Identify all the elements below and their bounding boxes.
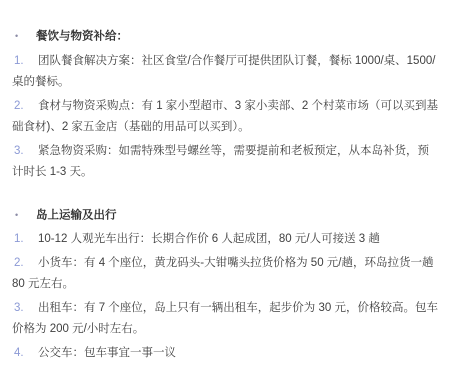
item-number: 2.	[12, 253, 38, 274]
section-heading-text: 餐饮与物资补给：	[36, 31, 128, 43]
item-number: 3.	[12, 298, 38, 319]
item-text: 小货车：有 4 个座位，黄龙码头-大钳嘴头拉货价格为 50 元/趟，环岛拉货一趟…	[12, 257, 434, 290]
section-heading: •餐饮与物资补给：	[12, 26, 440, 48]
bullet-icon: •	[12, 205, 36, 226]
list-item: 2.小货车：有 4 个座位，黄龙码头-大钳嘴头拉货价格为 50 元/趟，环岛拉货…	[12, 253, 440, 295]
item-number: 1.	[12, 51, 38, 72]
list-item: 2.食材与物资采购点：有 1 家小型超市、3 家小卖部、2 个村菜市场（可以买到…	[12, 96, 440, 138]
list-item: 4.公交车：包车事宜一事一议	[12, 343, 440, 364]
item-text: 公交车：包车事宜一事一议	[38, 347, 176, 359]
list-item: 1.团队餐食解决方案：社区食堂/合作餐厅可提供团队订餐，餐标 1000/桌、15…	[12, 51, 440, 93]
item-text: 食材与物资采购点：有 1 家小型超市、3 家小卖部、2 个村菜市场（可以买到基础…	[12, 100, 438, 133]
section-heading: •岛上运输及出行	[12, 205, 440, 227]
item-number: 1.	[12, 229, 38, 250]
bullet-icon: •	[12, 26, 36, 47]
item-text: 紧急物资采购：如需特殊型号螺丝等，需要提前和老板预定，从本岛补货，预计时长 1-…	[12, 145, 429, 178]
section-heading-text: 岛上运输及出行	[36, 209, 117, 221]
item-number: 3.	[12, 141, 38, 162]
list-item: 3.出租车：有 7 个座位，岛上只有一辆出租车，起步价为 30 元，价格较高。包…	[12, 298, 440, 340]
item-number: 2.	[12, 96, 38, 117]
section-island-transport: •岛上运输及出行 1.10-12 人观光车出行：长期合作价 6 人起成团，80 …	[12, 205, 440, 365]
list-item: 3.紧急物资采购：如需特殊型号螺丝等，需要提前和老板预定，从本岛补货，预计时长 …	[12, 141, 440, 183]
section-catering-supplies: •餐饮与物资补给： 1.团队餐食解决方案：社区食堂/合作餐厅可提供团队订餐，餐标…	[12, 26, 440, 183]
list-item: 1.10-12 人观光车出行：长期合作价 6 人起成团，80 元/人可接送 3 …	[12, 229, 440, 250]
item-text: 团队餐食解决方案：社区食堂/合作餐厅可提供团队订餐，餐标 1000/桌、1500…	[12, 55, 435, 88]
document-page: •餐饮与物资补给： 1.团队餐食解决方案：社区食堂/合作餐厅可提供团队订餐，餐标…	[0, 0, 451, 381]
item-number: 4.	[12, 343, 38, 364]
item-text: 10-12 人观光车出行：长期合作价 6 人起成团，80 元/人可接送 3 趟	[38, 233, 380, 245]
item-text: 出租车：有 7 个座位，岛上只有一辆出租车，起步价为 30 元，价格较高。包车价…	[12, 302, 438, 335]
